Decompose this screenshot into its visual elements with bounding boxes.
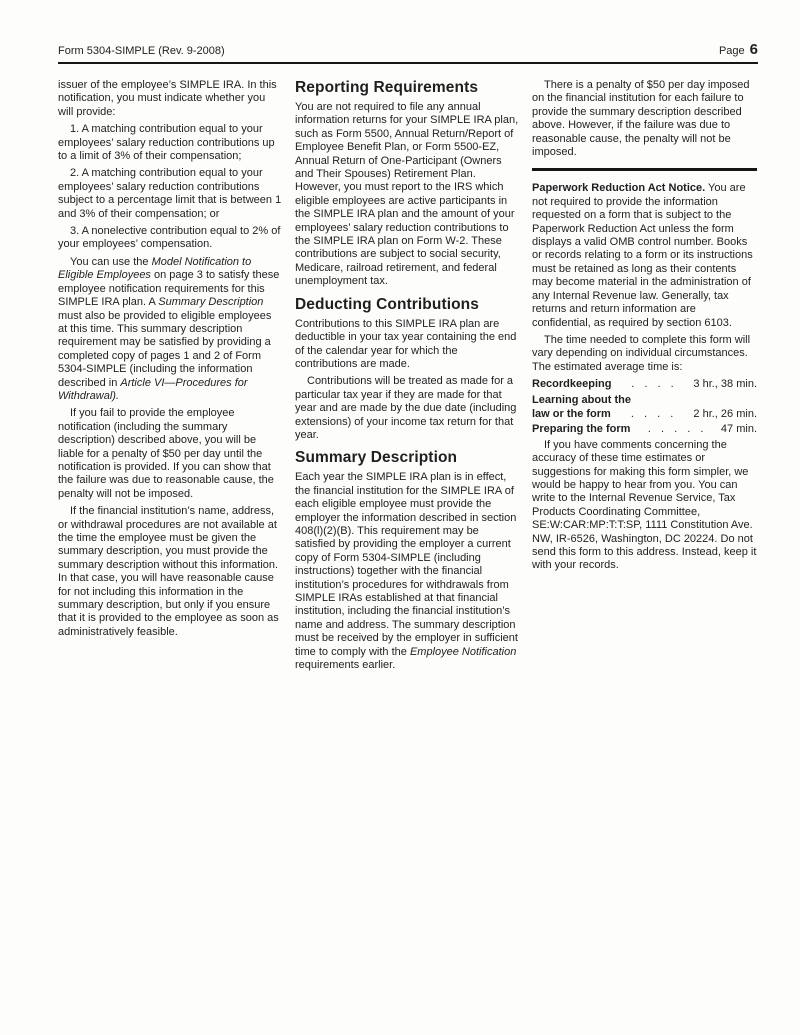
time-estimate-value: 2 hr., 26 min. xyxy=(693,408,757,421)
body-text: You can use the xyxy=(70,256,152,268)
body-text: Contributions will be treated as made fo… xyxy=(295,375,516,441)
paragraph: If you have comments concerning the accu… xyxy=(532,439,757,573)
paragraph: There is a penalty of $50 per day impose… xyxy=(532,79,757,159)
body-text: You are not required to provide the info… xyxy=(532,182,753,328)
body-text: 1. A matching contribution equal to your… xyxy=(58,123,275,162)
paragraph: 3. A nonelective contribution equal to 2… xyxy=(58,225,283,252)
paragraph: 2. A matching contribution equal to your… xyxy=(58,167,283,221)
italic-text: Summary Description xyxy=(158,296,263,308)
body-text: Contributions to this SIMPLE IRA plan ar… xyxy=(295,318,516,370)
page-header: Form 5304-SIMPLE (Rev. 9-2008) Page6 xyxy=(58,44,758,62)
page-number: 6 xyxy=(750,41,758,58)
paragraph: The time needed to complete this form wi… xyxy=(532,334,757,374)
paragraph: You are not required to file any annual … xyxy=(295,101,520,289)
time-estimate-row: law or the form. . . .2 hr., 26 min. xyxy=(532,408,757,421)
body-text: The time needed to complete this form wi… xyxy=(532,334,750,373)
body-text: You are not required to file any annual … xyxy=(295,101,518,287)
paragraph: Each year the SIMPLE IRA plan is in effe… xyxy=(295,471,520,672)
body-text: issuer of the employee’s SIMPLE IRA. In … xyxy=(58,79,277,118)
section-heading: Reporting Requirements xyxy=(295,79,520,96)
page-indicator: Page6 xyxy=(719,44,758,57)
paragraph: 1. A matching contribution equal to your… xyxy=(58,123,283,163)
time-estimate-value: 47 min. xyxy=(721,423,757,436)
body-text: There is a penalty of $50 per day impose… xyxy=(532,79,749,158)
section-heading: Deducting Contributions xyxy=(295,296,520,313)
body-text: 3. A nonelective contribution equal to 2… xyxy=(58,225,280,250)
body-text: If you have comments concerning the accu… xyxy=(532,439,756,572)
time-estimate-row: Preparing the form. . . . .47 min. xyxy=(532,423,757,436)
section-divider-rule xyxy=(532,168,757,171)
time-estimate-label-line: Learning about the xyxy=(532,394,757,407)
body-text: 2. A matching contribution equal to your… xyxy=(58,167,281,219)
dot-leader: . . . . xyxy=(611,378,693,391)
body-text: requirements earlier. xyxy=(295,659,395,671)
middle-column: Reporting RequirementsYou are not requir… xyxy=(295,79,520,676)
right-column: There is a penalty of $50 per day impose… xyxy=(532,79,757,676)
body-text: If you fail to provide the employee noti… xyxy=(58,407,274,499)
paragraph: Contributions will be treated as made fo… xyxy=(295,375,520,442)
time-estimate-label: Recordkeeping xyxy=(532,378,611,391)
paragraph: Paperwork Reduction Act Notice. You are … xyxy=(532,182,757,329)
paragraph: You can use the Model Notification to El… xyxy=(58,256,283,403)
body-text: Each year the SIMPLE IRA plan is in effe… xyxy=(295,471,518,657)
time-estimate-row: Recordkeeping. . . .3 hr., 38 min. xyxy=(532,378,757,391)
time-estimate-label: Preparing the form xyxy=(532,423,630,436)
content-columns: issuer of the employee’s SIMPLE IRA. In … xyxy=(58,79,758,676)
page-word: Page xyxy=(719,45,745,57)
body-text: If the financial institution’s name, add… xyxy=(58,505,279,638)
paragraph: If the financial institution’s name, add… xyxy=(58,505,283,639)
left-column: issuer of the employee’s SIMPLE IRA. In … xyxy=(58,79,283,676)
bold-text: Paperwork Reduction Act Notice. xyxy=(532,182,705,194)
header-rule xyxy=(58,62,758,64)
paragraph: issuer of the employee’s SIMPLE IRA. In … xyxy=(58,79,283,119)
paragraph: If you fail to provide the employee noti… xyxy=(58,407,283,501)
italic-text: Employee Notification xyxy=(410,646,516,658)
document-page: Form 5304-SIMPLE (Rev. 9-2008) Page6 iss… xyxy=(0,0,800,1035)
form-identifier: Form 5304-SIMPLE (Rev. 9-2008) xyxy=(58,45,225,57)
section-heading: Summary Description xyxy=(295,449,520,466)
time-estimate-label: law or the form xyxy=(532,408,611,421)
dot-leader: . . . . . xyxy=(630,423,721,436)
paragraph: Contributions to this SIMPLE IRA plan ar… xyxy=(295,318,520,372)
dot-leader: . . . . xyxy=(611,408,694,421)
time-estimate-value: 3 hr., 38 min. xyxy=(693,378,757,391)
